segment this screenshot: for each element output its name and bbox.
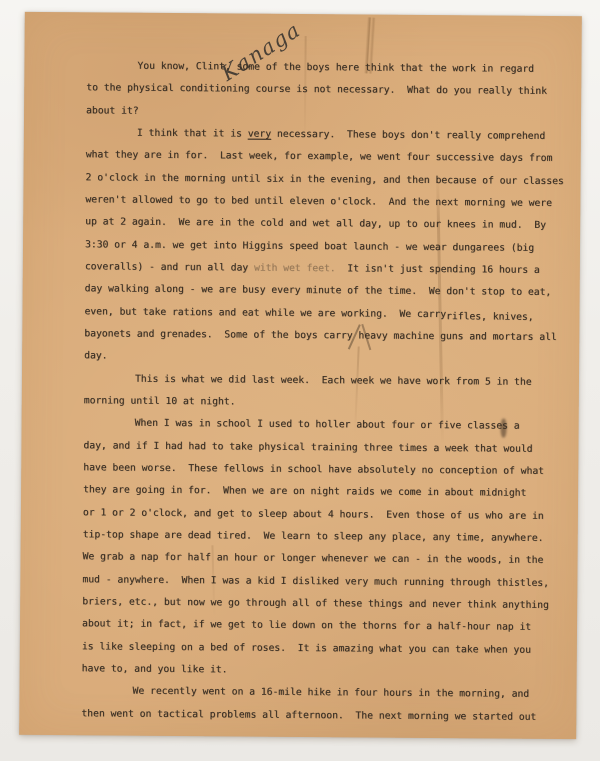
letter-text-segment: to the physical conditioning course is n… xyxy=(86,83,547,98)
letter-text-segment: 3:30 or 4 a.m. we get into Higgins speed… xyxy=(85,239,534,254)
letter-text-segment: have been worse. These fellows in school… xyxy=(83,462,544,477)
letter-text-segment: bayonets and grenades. Some of the boys … xyxy=(84,328,556,343)
letter-text-segment: day, and if I had had to take physical t… xyxy=(83,440,532,455)
letter-text-segment: very xyxy=(248,129,271,140)
letter-text-segment: or 1 or 2 o'clock, and get to sleep abou… xyxy=(83,507,544,522)
letter-line: they are going in for. When we are on ni… xyxy=(83,480,575,506)
letter-text-segment: with wet feet. xyxy=(254,263,336,275)
letter-text-segment: coveralls) - and run all day xyxy=(85,261,254,273)
letter-text-segment: is like sleeping on a bed of roses. It i… xyxy=(82,641,531,656)
letter-line: We recently went on a 16-mile hike in fo… xyxy=(81,680,573,706)
letter-text-segment: You know, Clint, some of the boys here t… xyxy=(137,61,534,75)
letter-text-segment: what they are in for. Last week, for exa… xyxy=(86,150,553,165)
letter-text-segment: It isn't just spending 16 hours a xyxy=(336,263,540,276)
letter-text-segment: day walking along - we are busy every mi… xyxy=(85,284,552,299)
letter-line: up at 2 again. We are in the cold and we… xyxy=(85,212,577,238)
letter-text-segment: weren't allowed to go to bed until eleve… xyxy=(85,194,552,209)
letter-line: day walking along - we are busy every mi… xyxy=(85,279,577,305)
letter-text-segment: about it; in fact, if we get to lie down… xyxy=(82,618,531,633)
letter-text-segment: When I was in school I used to holler ab… xyxy=(135,418,520,432)
letter-text-segment: have to, and you like it. xyxy=(82,663,228,675)
letter-text-segment: I think that it is xyxy=(137,128,248,140)
letter-text-segment: necessary. These boys don't really compr… xyxy=(271,129,545,142)
letter-text-segment: mud - anywhere. When I was a kid I disli… xyxy=(82,574,549,589)
letter-text-segment: We recently went on a 16-mile hike in fo… xyxy=(132,686,529,700)
letter-line: When I was in school I used to holler ab… xyxy=(84,413,576,439)
letter-text-segment: We grab a nap for half an hour or longer… xyxy=(83,552,544,567)
photo-background: { "colors": { "paper": "#d9ab7a", "ink":… xyxy=(0,0,600,761)
letter-line: bayonets and grenades. Some of the boys … xyxy=(84,323,576,349)
letter-line: then went on tactical problems all after… xyxy=(81,703,573,729)
letter-text-segment: they are going in for. When we are on ni… xyxy=(83,485,526,499)
letter-line: about it; in fact, if we get to lie down… xyxy=(82,613,574,639)
letter-text-segment: briers, etc., but now we go through all … xyxy=(82,596,549,611)
letter-text-segment: This is what we did last week. Each week… xyxy=(135,373,532,387)
letter-text-segment: up at 2 again. We are in the cold and we… xyxy=(85,217,546,232)
letter-text-segment: day. xyxy=(84,351,107,362)
letter-text-segment: morning until 10 at night. xyxy=(84,395,236,407)
letter-line: to the physical conditioning course is n… xyxy=(86,78,578,104)
letter-page: Kanaga You know, Clint, some of the boys… xyxy=(19,12,582,739)
letter-text-segment: tip-top shape are dead tired. We learn t… xyxy=(83,529,544,544)
letter-text-segment: even, but take rations and eat while we … xyxy=(84,306,446,320)
letter-body: You know, Clint, some of the boys here t… xyxy=(81,55,578,729)
letter-text-segment: rifles, knives, xyxy=(446,311,534,323)
letter-text-segment: 2 o'clock in the morning until six in th… xyxy=(86,172,564,187)
letter-line: We grab a nap for half an hour or longer… xyxy=(82,547,574,573)
letter-text-segment: then went on tactical problems all after… xyxy=(81,708,536,723)
letter-text-segment: about it? xyxy=(86,105,139,116)
